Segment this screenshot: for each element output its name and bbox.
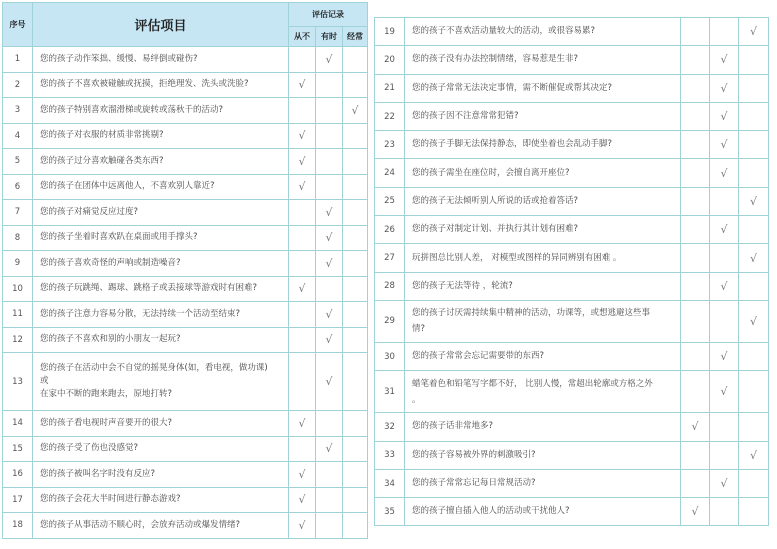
row-number: 32 — [375, 413, 405, 441]
answer-cell-often[interactable]: √ — [739, 300, 769, 342]
row-number: 2 — [3, 72, 33, 98]
row-number: 15 — [3, 436, 33, 462]
answer-cell-never[interactable] — [681, 46, 710, 74]
answer-cell-never[interactable] — [681, 469, 710, 497]
row-number: 27 — [375, 244, 405, 272]
answer-cell-often[interactable] — [739, 159, 769, 187]
row-number: 11 — [3, 302, 33, 328]
answer-cell-never[interactable] — [289, 225, 316, 251]
answer-cell-often[interactable] — [343, 225, 368, 251]
table-row: 30您的孩子常常会忘记需要带的东西?√ — [375, 342, 769, 370]
question-text: 您的孩子无法倾听别人所说的话或抢着答话? — [405, 187, 681, 215]
answer-cell-never[interactable] — [681, 216, 710, 244]
question-text: 您的孩子注意力容易分散，无法持续一个活动至结束? — [33, 302, 289, 328]
table-row: 3您的孩子特别喜欢溜滑梯或旋转或荡秋千的活动?√ — [3, 98, 368, 124]
check-mark-icon: √ — [325, 206, 332, 219]
check-mark-icon: √ — [750, 195, 757, 208]
check-mark-icon: √ — [325, 442, 332, 455]
question-text: 您的孩子过分喜欢触碰各类东西? — [33, 149, 289, 175]
check-mark-icon: √ — [298, 519, 305, 532]
question-text: 您的孩子特别喜欢溜滑梯或旋转或荡秋千的活动? — [33, 98, 289, 124]
question-text: 您的孩子会花大半时间进行静态游戏? — [33, 487, 289, 513]
answer-cell-sometimes[interactable]: √ — [710, 469, 739, 497]
answer-cell-never[interactable] — [681, 300, 710, 342]
answer-cell-often[interactable] — [739, 216, 769, 244]
answer-cell-sometimes[interactable] — [316, 513, 343, 539]
row-number: 31 — [375, 371, 405, 413]
check-mark-icon: √ — [298, 129, 305, 142]
answer-cell-never[interactable] — [289, 302, 316, 328]
check-mark-icon: √ — [298, 468, 305, 481]
row-number: 8 — [3, 225, 33, 251]
check-mark-icon: √ — [720, 350, 727, 363]
answer-cell-sometimes[interactable] — [710, 187, 739, 215]
row-number: 18 — [3, 513, 33, 539]
answer-cell-never[interactable] — [681, 371, 710, 413]
row-number: 33 — [375, 441, 405, 469]
answer-cell-often[interactable] — [343, 47, 368, 73]
answer-cell-sometimes[interactable] — [316, 123, 343, 149]
table-row: 33您的孩子容易被外界的刺激吸引?√ — [375, 441, 769, 469]
table-row: 10您的孩子玩跳绳、踢球、跳格子或丢接球等游戏时有困难?√ — [3, 276, 368, 302]
question-text: 您的孩子需坐在座位时，会擅自离开座位? — [405, 159, 681, 187]
table-row: 27玩拼图总比别人差， 对模型或图样的异同辨别有困难 。√ — [375, 244, 769, 272]
answer-cell-sometimes[interactable] — [710, 300, 739, 342]
table-row: 7您的孩子对痛觉反应过度?√ — [3, 200, 368, 226]
row-number: 3 — [3, 98, 33, 124]
answer-cell-often[interactable] — [343, 174, 368, 200]
question-text: 您的孩子不喜欢和别的小朋友一起玩? — [33, 327, 289, 353]
answer-cell-often[interactable] — [343, 411, 368, 437]
check-mark-icon: √ — [298, 493, 305, 506]
answer-cell-never[interactable] — [681, 342, 710, 370]
answer-cell-often[interactable] — [343, 276, 368, 302]
check-mark-icon: √ — [720, 477, 727, 490]
answer-cell-often[interactable]: √ — [739, 18, 769, 46]
check-mark-icon: √ — [298, 155, 305, 168]
answer-cell-sometimes[interactable] — [710, 244, 739, 272]
answer-cell-often[interactable] — [739, 469, 769, 497]
answer-cell-never[interactable]: √ — [289, 487, 316, 513]
assessment-table-right: 19您的孩子不喜欢活动量较大的活动，或很容易累?√20您的孩子没有办法控制情绪，… — [374, 17, 769, 526]
row-number: 30 — [375, 342, 405, 370]
row-number: 5 — [3, 149, 33, 175]
question-text: 您的孩子擅自插入他人的活动或干扰他人? — [405, 498, 681, 526]
answer-cell-often[interactable]: √ — [343, 98, 368, 124]
question-text: 您的孩子从事活动不顺心时，会放弃活动或爆发情绪? — [33, 513, 289, 539]
table-row: 31蜡笔着色和铅笔写字都不好， 比别人慢，常超出轮廓或方格之外。√ — [375, 371, 769, 413]
answer-cell-often[interactable] — [343, 302, 368, 328]
answer-cell-never[interactable] — [289, 327, 316, 353]
answer-cell-often[interactable] — [739, 371, 769, 413]
table-row: 13您的孩子在活动中会不自觉的摇晃身体(如，看电视，做功课)或在家中不断的跑来跑… — [3, 353, 368, 411]
table-row: 8您的孩子坐着时喜欢趴在桌面或用手撑头?√ — [3, 225, 368, 251]
check-mark-icon: √ — [720, 223, 727, 236]
answer-cell-never[interactable] — [681, 272, 710, 300]
index-header: 序号 — [3, 3, 33, 47]
answer-cell-often[interactable] — [739, 498, 769, 526]
answer-cell-never[interactable] — [681, 131, 710, 159]
question-text: 您的孩子手脚无法保持静态，即使坐着也会乱动手脚? — [405, 131, 681, 159]
answer-cell-sometimes[interactable]: √ — [710, 272, 739, 300]
left-table-body: 1您的孩子动作笨拙、缓慢、易绊倒或碰伤?√2您的孩子不喜欢被碰触或抚摸，拒绝理发… — [3, 47, 368, 539]
answer-cell-never[interactable] — [289, 98, 316, 124]
table-row: 32您的孩子话非常地多?√ — [375, 413, 769, 441]
answer-cell-sometimes[interactable]: √ — [710, 342, 739, 370]
answer-cell-never[interactable]: √ — [289, 72, 316, 98]
answer-cell-sometimes[interactable]: √ — [710, 74, 739, 102]
question-line: 。 — [412, 392, 680, 408]
answer-cell-sometimes[interactable] — [316, 411, 343, 437]
check-mark-icon: √ — [750, 315, 757, 328]
row-number: 19 — [375, 18, 405, 46]
check-mark-icon: √ — [691, 420, 698, 433]
table-row: 4您的孩子对衣服的材质非常挑剔?√ — [3, 123, 368, 149]
answer-cell-sometimes[interactable] — [316, 462, 343, 488]
answer-cell-never[interactable]: √ — [289, 411, 316, 437]
answer-cell-never[interactable] — [289, 200, 316, 226]
row-number: 10 — [3, 276, 33, 302]
check-mark-icon: √ — [720, 53, 727, 66]
answer-cell-never[interactable] — [681, 18, 710, 46]
check-mark-icon: √ — [325, 257, 332, 270]
row-number: 22 — [375, 102, 405, 130]
table-row: 26您的孩子对制定计划、并执行其计划有困难?√ — [375, 216, 769, 244]
answer-cell-often[interactable] — [739, 46, 769, 74]
answer-cell-never[interactable] — [681, 187, 710, 215]
answer-cell-never[interactable]: √ — [289, 462, 316, 488]
question-text: 您的孩子被叫名字时没有反应? — [33, 462, 289, 488]
table-row: 18您的孩子从事活动不顺心时，会放弃活动或爆发情绪?√ — [3, 513, 368, 539]
row-number: 13 — [3, 353, 33, 411]
table-row: 25您的孩子无法倾听别人所说的话或抢着答话?√ — [375, 187, 769, 215]
answer-cell-sometimes[interactable]: √ — [710, 102, 739, 130]
row-number: 25 — [375, 187, 405, 215]
answer-cell-sometimes[interactable]: √ — [316, 251, 343, 277]
record-header: 评估记录 — [289, 3, 368, 27]
answer-cell-sometimes[interactable]: √ — [710, 131, 739, 159]
item-header: 评估项目 — [33, 3, 289, 47]
question-line: 或 — [40, 375, 288, 388]
row-number: 35 — [375, 498, 405, 526]
answer-cell-often[interactable] — [739, 272, 769, 300]
check-mark-icon: √ — [720, 110, 727, 123]
answer-cell-often[interactable] — [343, 327, 368, 353]
question-text: 您的孩子受了伤也没感觉? — [33, 436, 289, 462]
answer-cell-never[interactable] — [681, 74, 710, 102]
check-mark-icon: √ — [750, 449, 757, 462]
answer-cell-never[interactable]: √ — [289, 513, 316, 539]
option-never-header: 从不 — [289, 27, 316, 47]
question-text: 您的孩子常常无法决定事情，需不断催促或帮其决定? — [405, 74, 681, 102]
answer-cell-often[interactable] — [343, 200, 368, 226]
check-mark-icon: √ — [750, 252, 757, 265]
answer-cell-sometimes[interactable]: √ — [316, 436, 343, 462]
table-row: 1您的孩子动作笨拙、缓慢、易绊倒或碰伤?√ — [3, 47, 368, 73]
question-text: 您的孩子常常忘记每日常规活动? — [405, 469, 681, 497]
check-mark-icon: √ — [720, 280, 727, 293]
answer-cell-sometimes[interactable]: √ — [316, 353, 343, 411]
table-row: 15您的孩子受了伤也没感觉?√ — [3, 436, 368, 462]
question-text: 您的孩子不喜欢被碰触或抚摸，拒绝理发、洗头或洗脸? — [33, 72, 289, 98]
answer-cell-sometimes[interactable] — [710, 441, 739, 469]
table-row: 16您的孩子被叫名字时没有反应?√ — [3, 462, 368, 488]
question-line: 您的孩子讨厌需持续集中精神的活动，功课等，或想逃避这些事 — [412, 305, 680, 321]
question-line: 在家中不断的跑来跑去，原地打转? — [40, 388, 288, 401]
table-row: 28您的孩子无法等待 ，轮流?√ — [375, 272, 769, 300]
answer-cell-often[interactable] — [343, 72, 368, 98]
check-mark-icon: √ — [325, 231, 332, 244]
assessment-table-left: 序号 评估项目 评估记录 从不 有时 经常 1您的孩子动作笨拙、缓慢、易绊倒或碰… — [2, 2, 368, 539]
check-mark-icon: √ — [298, 180, 305, 193]
row-number: 16 — [3, 462, 33, 488]
answer-cell-sometimes[interactable] — [316, 276, 343, 302]
answer-cell-sometimes[interactable] — [316, 174, 343, 200]
answer-cell-never[interactable] — [681, 159, 710, 187]
answer-cell-sometimes[interactable] — [316, 487, 343, 513]
question-text: 您的孩子对痛觉反应过度? — [33, 200, 289, 226]
row-number: 20 — [375, 46, 405, 74]
question-text: 您的孩子话非常地多? — [405, 413, 681, 441]
answer-cell-sometimes[interactable]: √ — [316, 225, 343, 251]
table-row: 19您的孩子不喜欢活动量较大的活动，或很容易累?√ — [375, 18, 769, 46]
check-mark-icon: √ — [720, 82, 727, 95]
question-text: 您的孩子看电视时声音要开的很大? — [33, 411, 289, 437]
check-mark-icon: √ — [325, 53, 332, 66]
table-row: 23您的孩子手脚无法保持静态，即使坐着也会乱动手脚?√ — [375, 131, 769, 159]
answer-cell-never[interactable]: √ — [681, 498, 710, 526]
answer-cell-sometimes[interactable] — [316, 149, 343, 175]
question-line: 情? — [412, 321, 680, 337]
question-text: 您的孩子在团体中远离他人，不喜欢别人靠近? — [33, 174, 289, 200]
answer-cell-sometimes[interactable] — [316, 72, 343, 98]
row-number: 1 — [3, 47, 33, 73]
check-mark-icon: √ — [720, 385, 727, 398]
row-number: 26 — [375, 216, 405, 244]
check-mark-icon: √ — [351, 104, 358, 117]
answer-cell-often[interactable] — [343, 149, 368, 175]
check-mark-icon: √ — [750, 25, 757, 38]
row-number: 4 — [3, 123, 33, 149]
question-text: 您的孩子在活动中会不自觉的摇晃身体(如，看电视，做功课)或在家中不断的跑来跑去，… — [33, 353, 289, 411]
question-line: 蜡笔着色和铅笔写字都不好， 比别人慢，常超出轮廓或方格之外 — [412, 376, 680, 392]
answer-cell-often[interactable] — [739, 102, 769, 130]
check-mark-icon: √ — [298, 417, 305, 430]
check-mark-icon: √ — [298, 78, 305, 91]
check-mark-icon: √ — [720, 167, 727, 180]
answer-cell-often[interactable] — [343, 462, 368, 488]
row-number: 29 — [375, 300, 405, 342]
row-number: 7 — [3, 200, 33, 226]
question-text: 蜡笔着色和铅笔写字都不好， 比别人慢，常超出轮廓或方格之外。 — [405, 371, 681, 413]
check-mark-icon: √ — [691, 505, 698, 518]
answer-cell-often[interactable] — [343, 487, 368, 513]
question-text: 您的孩子对衣服的材质非常挑剔? — [33, 123, 289, 149]
answer-cell-often[interactable]: √ — [739, 187, 769, 215]
row-number: 28 — [375, 272, 405, 300]
answer-cell-never[interactable]: √ — [289, 149, 316, 175]
answer-cell-never[interactable] — [681, 244, 710, 272]
answer-cell-sometimes[interactable]: √ — [710, 46, 739, 74]
table-row: 2您的孩子不喜欢被碰触或抚摸，拒绝理发、洗头或洗脸?√ — [3, 72, 368, 98]
answer-cell-never[interactable]: √ — [289, 123, 316, 149]
row-number: 6 — [3, 174, 33, 200]
answer-cell-often[interactable] — [739, 342, 769, 370]
table-row: 35您的孩子擅自插入他人的活动或干扰他人?√ — [375, 498, 769, 526]
table-row: 34您的孩子常常忘记每日常规活动?√ — [375, 469, 769, 497]
answer-cell-never[interactable]: √ — [289, 174, 316, 200]
row-number: 21 — [375, 74, 405, 102]
answer-cell-never[interactable] — [681, 102, 710, 130]
question-text: 您的孩子不喜欢活动量较大的活动，或很容易累? — [405, 18, 681, 46]
question-text: 您的孩子无法等待 ，轮流? — [405, 272, 681, 300]
question-text: 您的孩子坐着时喜欢趴在桌面或用手撑头? — [33, 225, 289, 251]
table-row: 21您的孩子常常无法决定事情，需不断催促或帮其决定?√ — [375, 74, 769, 102]
answer-cell-sometimes[interactable]: √ — [316, 47, 343, 73]
row-number: 14 — [3, 411, 33, 437]
table-row: 9您的孩子喜欢奇怪的声响或制造噪音?√ — [3, 251, 368, 277]
question-text: 您的孩子对制定计划、并执行其计划有困难? — [405, 216, 681, 244]
question-text: 您的孩子喜欢奇怪的声响或制造噪音? — [33, 251, 289, 277]
table-row: 14您的孩子看电视时声音要开的很大?√ — [3, 411, 368, 437]
table-row: 17您的孩子会花大半时间进行静态游戏?√ — [3, 487, 368, 513]
table-row: 24您的孩子需坐在座位时，会擅自离开座位?√ — [375, 159, 769, 187]
check-mark-icon: √ — [325, 333, 332, 346]
check-mark-icon: √ — [298, 282, 305, 295]
answer-cell-sometimes[interactable]: √ — [316, 200, 343, 226]
table-row: 29您的孩子讨厌需持续集中精神的活动，功课等，或想逃避这些事情?√ — [375, 300, 769, 342]
table-row: 6您的孩子在团体中远离他人，不喜欢别人靠近?√ — [3, 174, 368, 200]
option-often-header: 经常 — [343, 27, 368, 47]
answer-cell-sometimes[interactable]: √ — [710, 159, 739, 187]
question-text: 玩拼图总比别人差， 对模型或图样的异同辨别有困难 。 — [405, 244, 681, 272]
answer-cell-never[interactable] — [289, 353, 316, 411]
option-sometimes-header: 有时 — [316, 27, 343, 47]
answer-cell-never[interactable]: √ — [681, 413, 710, 441]
answer-cell-never[interactable] — [289, 251, 316, 277]
answer-cell-often[interactable] — [343, 513, 368, 539]
answer-cell-sometimes[interactable] — [710, 498, 739, 526]
table-row: 20您的孩子没有办法控制情绪，容易惹是生非?√ — [375, 46, 769, 74]
right-table-body: 19您的孩子不喜欢活动量较大的活动，或很容易累?√20您的孩子没有办法控制情绪，… — [375, 18, 769, 526]
row-number: 34 — [375, 469, 405, 497]
row-number: 17 — [3, 487, 33, 513]
answer-cell-often[interactable] — [343, 251, 368, 277]
table-row: 11您的孩子注意力容易分散，无法持续一个活动至结束?√ — [3, 302, 368, 328]
question-text: 您的孩子动作笨拙、缓慢、易绊倒或碰伤? — [33, 47, 289, 73]
answer-cell-never[interactable] — [289, 47, 316, 73]
question-text: 您的孩子讨厌需持续集中精神的活动，功课等，或想逃避这些事情? — [405, 300, 681, 342]
answer-cell-often[interactable] — [343, 353, 368, 411]
answer-cell-often[interactable]: √ — [739, 244, 769, 272]
check-mark-icon: √ — [720, 138, 727, 151]
answer-cell-never[interactable] — [289, 436, 316, 462]
row-number: 9 — [3, 251, 33, 277]
answer-cell-often[interactable] — [739, 74, 769, 102]
table-row: 22您的孩子因不注意常常犯错?√ — [375, 102, 769, 130]
answer-cell-never[interactable] — [681, 441, 710, 469]
answer-cell-never[interactable]: √ — [289, 276, 316, 302]
answer-cell-sometimes[interactable] — [710, 18, 739, 46]
question-line: 您的孩子在活动中会不自觉的摇晃身体(如，看电视，做功课) — [40, 362, 288, 375]
row-number: 23 — [375, 131, 405, 159]
question-text: 您的孩子玩跳绳、踢球、跳格子或丢接球等游戏时有困难? — [33, 276, 289, 302]
table-row: 12您的孩子不喜欢和别的小朋友一起玩?√ — [3, 327, 368, 353]
question-text: 您的孩子因不注意常常犯错? — [405, 102, 681, 130]
answer-cell-often[interactable]: √ — [739, 441, 769, 469]
question-text: 您的孩子容易被外界的刺激吸引? — [405, 441, 681, 469]
answer-cell-sometimes[interactable] — [316, 98, 343, 124]
answer-cell-sometimes[interactable] — [710, 413, 739, 441]
row-number: 12 — [3, 327, 33, 353]
check-mark-icon: √ — [325, 375, 332, 388]
answer-cell-often[interactable] — [739, 413, 769, 441]
answer-cell-sometimes[interactable]: √ — [316, 302, 343, 328]
question-text: 您的孩子常常会忘记需要带的东西? — [405, 342, 681, 370]
answer-cell-often[interactable] — [343, 436, 368, 462]
answer-cell-often[interactable] — [739, 131, 769, 159]
answer-cell-sometimes[interactable]: √ — [710, 216, 739, 244]
check-mark-icon: √ — [325, 308, 332, 321]
table-row: 5您的孩子过分喜欢触碰各类东西?√ — [3, 149, 368, 175]
question-text: 您的孩子没有办法控制情绪，容易惹是生非? — [405, 46, 681, 74]
row-number: 24 — [375, 159, 405, 187]
answer-cell-sometimes[interactable]: √ — [316, 327, 343, 353]
answer-cell-often[interactable] — [343, 123, 368, 149]
answer-cell-sometimes[interactable]: √ — [710, 371, 739, 413]
